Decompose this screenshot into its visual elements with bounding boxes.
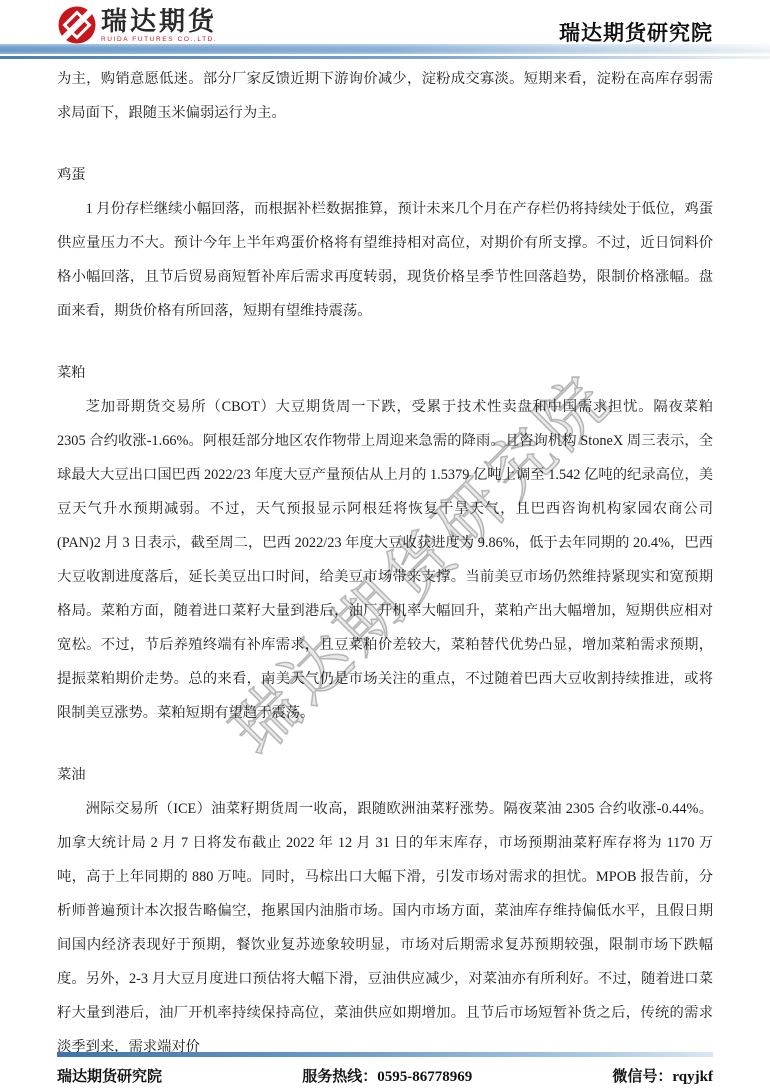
footer-hotline: 服务热线：0595-86778969 xyxy=(302,1065,472,1086)
footer-divider-bar xyxy=(57,1052,713,1057)
report-page: 瑞达期货 RUIDA FUTURES CO.,LTD. 瑞达期货研究院 瑞达期货… xyxy=(0,0,770,1090)
section-heading-egg: 鸡蛋 xyxy=(57,158,713,192)
header-institute-title: 瑞达期货研究院 xyxy=(559,17,713,47)
footer-wechat: 微信号：rqyjkf xyxy=(612,1065,713,1086)
header-divider-main-band xyxy=(0,44,770,54)
report-body: 为主，购销意愿低迷。部分厂家反馈近期下游询价减少，淀粉成交寡淡。短期来看，淀粉在… xyxy=(57,62,713,1064)
brand-name-cn: 瑞达期货 xyxy=(101,8,217,34)
section-heading-rapeseed-oil: 菜油 xyxy=(57,758,713,792)
brand-text: 瑞达期货 RUIDA FUTURES CO.,LTD. xyxy=(101,5,217,44)
brand-logo: 瑞达期货 RUIDA FUTURES CO.,LTD. xyxy=(57,5,217,45)
section-body-egg: 1 月份存栏继续小幅回落，而根据补栏数据推算，预计未来几个月在产存栏仍将持续处于… xyxy=(57,192,713,328)
paragraph-continuation: 为主，购销意愿低迷。部分厂家反馈近期下游询价减少，淀粉成交寡淡。短期来看，淀粉在… xyxy=(57,62,713,130)
footer-info-row: 瑞达期货研究院 服务热线：0595-86778969 微信号：rqyjkf xyxy=(57,1065,713,1086)
section-body-rapeseed-meal: 芝加哥期货交易所（CBOT）大豆期货周一下跌，受累于技术性卖盘和中国需求担忧。隔… xyxy=(57,390,713,730)
brand-name-en: RUIDA FUTURES CO.,LTD. xyxy=(101,37,217,44)
section-heading-rapeseed-meal: 菜粕 xyxy=(57,356,713,390)
ruida-logo-icon xyxy=(57,5,97,45)
footer-org: 瑞达期货研究院 xyxy=(57,1065,162,1086)
section-body-rapeseed-oil: 洲际交易所（ICE）油菜籽期货周一收高，跟随欧洲油菜籽涨势。隔夜菜油 2305 … xyxy=(57,792,713,1064)
header-divider-line xyxy=(0,56,770,59)
page-header: 瑞达期货 RUIDA FUTURES CO.,LTD. 瑞达期货研究院 xyxy=(0,0,770,44)
page-footer: 瑞达期货研究院 服务热线：0595-86778969 微信号：rqyjkf xyxy=(57,1052,713,1090)
header-divider-bar xyxy=(0,44,770,59)
